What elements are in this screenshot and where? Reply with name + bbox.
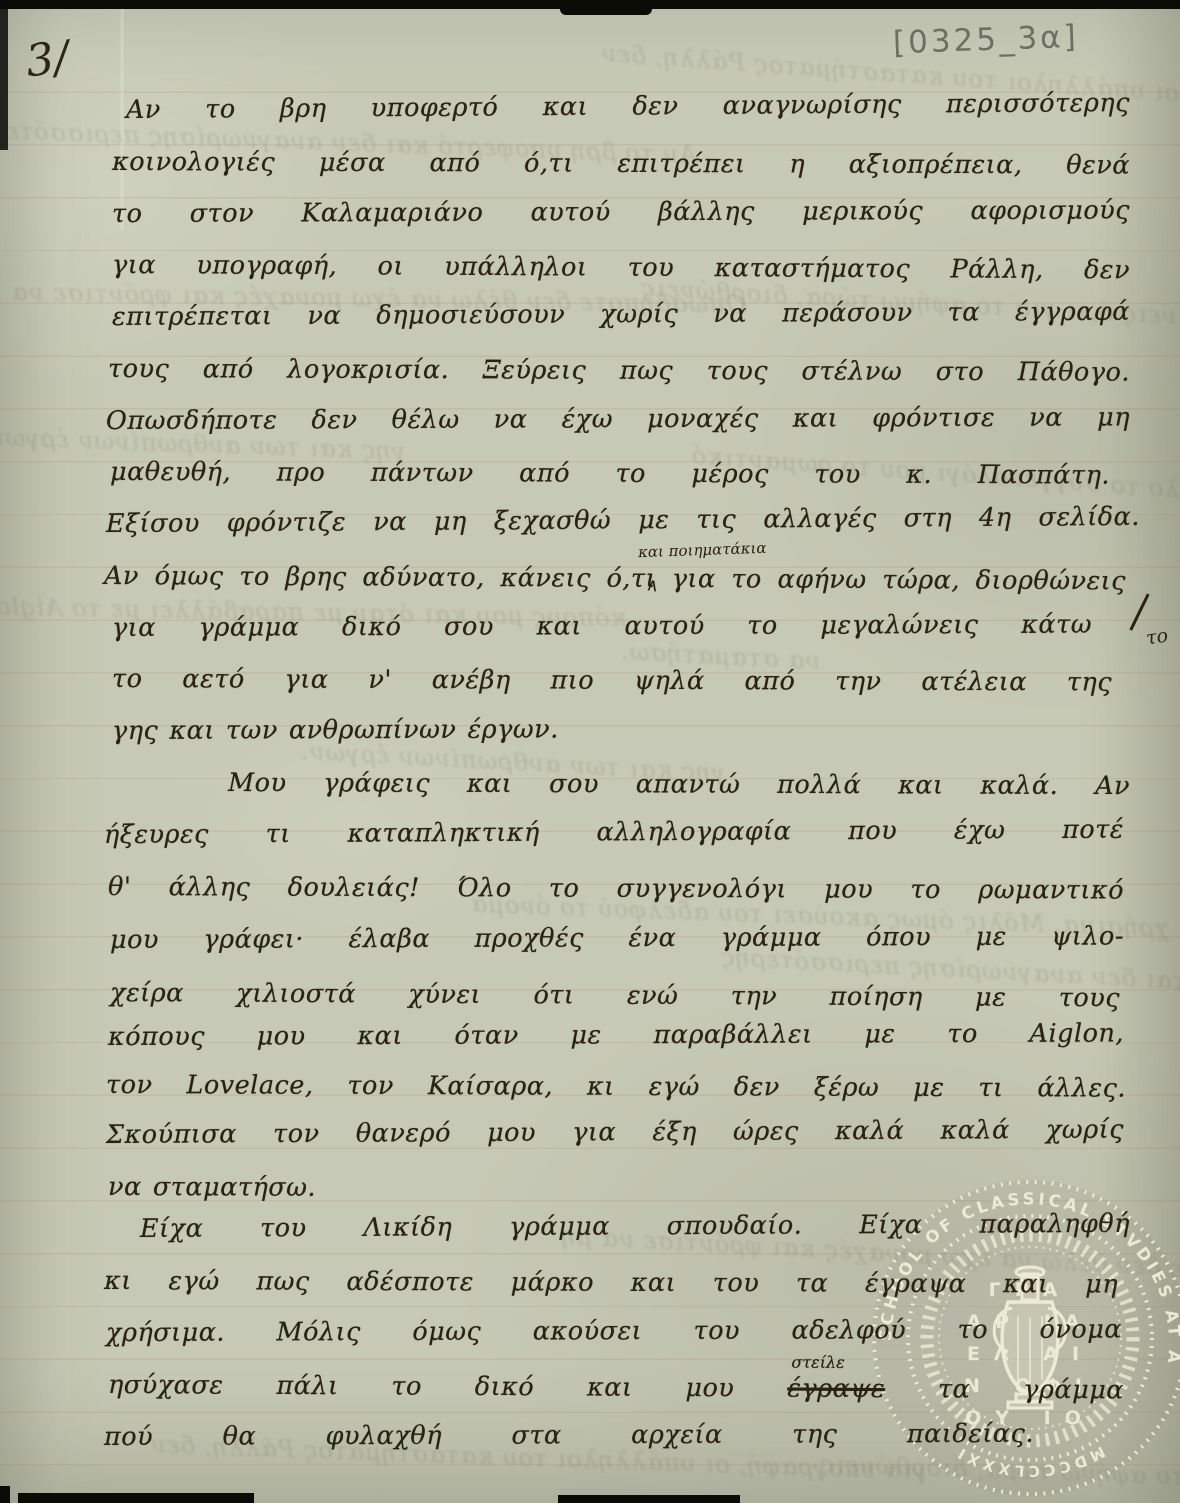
manuscript-line: να σταματήσω. [108,1172,316,1217]
struck-word: έγραψεστείλε [787,1374,885,1405]
manuscript-line: Οπωσδήποτε δεν θέλω να έχω μοναχές και φ… [106,402,1130,450]
manuscript-line: χρήσιμα. Μόλις όμως ακούσει του αδελφού … [106,1314,1122,1362]
manuscript-line: τον Lovelace, τον Καίσαρα, κι εγώ δεν ξέ… [106,1070,1126,1118]
manuscript-line: Σκούπισα τον θανερό μου για έξη ώρες καλ… [106,1115,1124,1164]
scan-edge-bottom-corner [0,1486,10,1503]
fold-crease [121,0,123,230]
manuscript-line: κι εγώ πως αδέσποτε μάρκο και του τα έγρ… [104,1266,1118,1314]
manuscript-line: το αετό για ν' ανέβη πιο ψηλά από την ατ… [112,664,1112,711]
manuscript-line: Μου γράφεις και σου απαντώ πολλά και καλ… [228,768,1130,815]
manuscript-line: θ' άλλης δουλειάς! Όλο το συγγενολόγι μο… [108,872,1124,920]
manuscript-line: κοινολογιές μέσα από ό,τι επιτρέπει η αξ… [112,147,1130,195]
manuscript-line: Αν όμως το βρης αδύνατο, κάνεις ό,τι για… [104,561,1126,610]
interlinear-insertion: και ποιηματάκια [638,539,767,561]
manuscript-line: ησύχασε πάλι το δικό και μου έγραψεστείλ… [108,1370,1124,1419]
manuscript-line: τους από λογοκρισία. Ξεύρεις πως τους στ… [108,354,1130,402]
manuscript-line: το στον Καλαμαριάνο αυτού βάλλης μερικού… [112,195,1130,243]
scan-edge-left [0,0,8,150]
manuscript-line: για γράμμα δικό σου και αυτού το μεγαλών… [112,610,1092,657]
manuscript-line: επιτρέπεται να δημοσιεύσουν χωρίς να περ… [112,297,1130,346]
page-number: 3/ [23,32,72,88]
manuscript-line: ήξευρες τι καταπληκτική αλληλογραφία που… [104,815,1124,864]
manuscript-line: πού θα φυλαχθή στα αρχεία της παιδείας. [104,1419,1034,1466]
archive-reference: [0325_3α] [892,19,1079,61]
manuscript-line: Εξίσου φρόντιζε να μη ξεχασθώ με τις αλλ… [106,502,1140,553]
manuscript-line: μαθευθή, προ πάντων από το μέρος του κ. … [110,457,1110,504]
manuscript-line: κόπους μου και όταν με παραβάλλει με το … [108,1018,1124,1066]
manuscript-page: Αν το βρη υποφερτό και δεν αναγνωρίσης π… [0,0,1180,1503]
manuscript-line: Αν το βρη υποφερτό και δεν αναγνωρίσης π… [126,88,1130,139]
scan-edge-top-notch [560,0,652,15]
correction-word: στείλε [791,1353,844,1372]
scan-edge-bottom-mid [558,1495,740,1503]
margin-insertion-mark [1129,593,1149,630]
scan-edge-bottom-left [18,1493,254,1503]
manuscript-line: μου γράφει· έλαβα προχθές ένα γράμμα όπο… [110,921,1124,969]
manuscript-line: για υπογραφή, οι υπάλληλοι του καταστήμα… [112,250,1130,299]
margin-insertion-word: το [1145,625,1170,650]
manuscript-line: γης και των ανθρωπίνων έργων. [112,714,559,760]
manuscript-line: Είχα του Λικίδη γράμμα σπουδαίο. Είχα πα… [140,1209,1130,1258]
